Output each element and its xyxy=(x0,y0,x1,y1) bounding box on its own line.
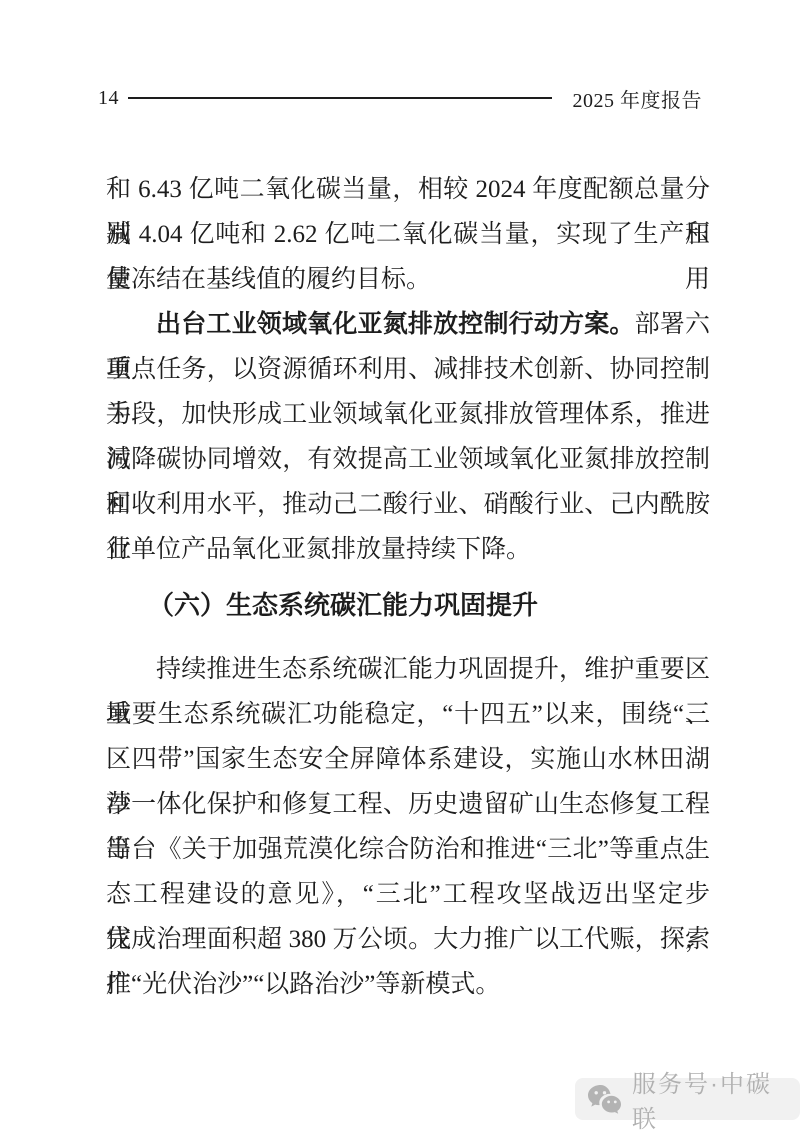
text-line: 和 6.43 亿吨二氧化碳当量，相较 2024 年度配额总量分别压 xyxy=(106,167,710,212)
text-line: 减 4.04 亿吨和 2.62 亿吨二氧化碳当量，实现了生产和使用 xyxy=(106,212,710,257)
wechat-icon xyxy=(587,1084,623,1115)
page-header: 14 2025 年度报告 xyxy=(98,83,702,113)
text-line: 出台《关于加强荒漠化综合防治和推进“三北”等重点生 xyxy=(106,827,710,872)
text-line: 出台工业领域氧化亚氮排放控制行动方案。部署六项 xyxy=(106,302,710,347)
text-line: 完成治理面积超 380 万公顷。大力推广以工代赈，探索推 xyxy=(106,917,710,962)
text-line: 持续推进生态系统碳汇能力巩固提升，维护重要区域、 xyxy=(106,647,710,692)
section-heading: （六）生态系统碳汇能力巩固提升 xyxy=(106,583,710,628)
text-line: 回收利用水平，推动己二酸行业、硝酸行业、己内酰胺行 xyxy=(106,482,710,527)
text-line: 态工程建设的意见》，“三北”工程攻坚战迈出坚定步伐， xyxy=(106,872,710,917)
text-line: 区四带”国家生态安全屏障体系建设，实施山水林田湖草 xyxy=(106,737,710,782)
document-body: 和 6.43 亿吨二氧化碳当量，相较 2024 年度配额总量分别压减 4.04 … xyxy=(106,167,710,1007)
text-line: 手段，加快形成工业领域氧化亚氮排放管理体系，推进减 xyxy=(106,392,710,437)
text-line: 重要生态系统碳汇功能稳定，“十四五”以来，围绕“三 xyxy=(106,692,710,737)
text-line: 重点任务，以资源循环利用、减排技术创新、协同控制为 xyxy=(106,347,710,392)
bold-lead-in: 出台工业领域氧化亚氮排放控制行动方案。 xyxy=(156,311,635,338)
document-page: 14 2025 年度报告 和 6.43 亿吨二氧化碳当量，相较 2024 年度配… xyxy=(0,0,800,1130)
header-rule xyxy=(128,97,552,99)
text-line: 业单位产品氧化亚氮排放量持续下降。 xyxy=(106,527,710,572)
report-title: 2025 年度报告 xyxy=(573,84,703,113)
text-line: 广“光伏治沙”“以路治沙”等新模式。 xyxy=(106,962,710,1007)
wechat-watermark-badge: 服务号·中碳联 xyxy=(575,1078,800,1120)
page-number: 14 xyxy=(98,87,119,110)
text-line: 污降碳协同增效，有效提高工业领域氧化亚氮排放控制和 xyxy=(106,437,710,482)
watermark-label: 服务号·中碳联 xyxy=(632,1064,786,1130)
text-line: 沙一体化保护和修复工程、历史遗留矿山生态修复工程等。 xyxy=(106,782,710,827)
